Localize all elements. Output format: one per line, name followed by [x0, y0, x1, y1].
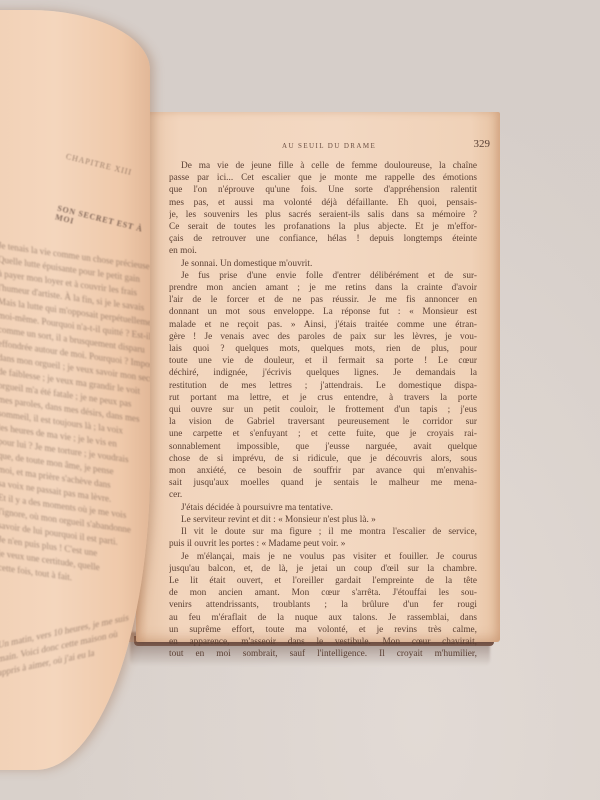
text-line: Je fus prise d'une envie folle d'entrer …: [169, 270, 477, 282]
text-line: lais quoi ? quelques mots, quelques mots…: [169, 343, 477, 355]
text-line: De ma vie de jeune fille à celle de femm…: [169, 160, 477, 172]
page-number: 329: [474, 138, 491, 150]
text-line: toute une vie de douleur, et il fermait …: [169, 355, 477, 367]
text-line: Le lit était ouvert, et l'oreiller garda…: [169, 575, 477, 587]
text-line: une carpette et s'enfuyant ; et cette fu…: [169, 428, 477, 440]
left-body-text: Je tenais la vie comme un chose précieus…: [0, 238, 150, 598]
text-line: l'air de le forcer et de ne pas réussir.…: [169, 294, 477, 306]
chapter-heading: SON SECRET EST À MOI: [54, 204, 150, 244]
text-line: donnant un mot sous enveloppe. La répons…: [169, 306, 477, 318]
chapter-label: CHAPITRE XIII: [65, 152, 133, 177]
text-line: mes pas, et aussi ma volonté déjà défail…: [169, 197, 477, 209]
running-head: AU SEUIL DU DRAME 329: [136, 142, 500, 156]
text-line: qui ouvre sur un petit couloir, le frott…: [169, 404, 477, 416]
text-line: Le serviteur revint et dit : « Monsieur …: [169, 514, 477, 526]
right-page: AU SEUIL DU DRAME 329 De ma vie de jeune…: [136, 112, 500, 642]
text-line: malade et ne reçoit pas. » Ainsi, j'étai…: [169, 319, 477, 331]
text-line: Ce serait de toutes les profanations la …: [169, 221, 477, 233]
body-text: De ma vie de jeune fille à celle de femm…: [169, 160, 477, 660]
text-line: au feu m'éraflait de la nuque aux talons…: [169, 612, 477, 624]
text-line: chose de si imprévu, de si ridicule, que…: [169, 453, 477, 465]
text-line: un suprême effort, toute ma volonté, et …: [169, 624, 477, 636]
text-line: mon anxiété, ce besoin de souffrir par a…: [169, 465, 477, 477]
text-line: la vision de Gabriel traversant peureuse…: [169, 416, 477, 428]
text-line: puis il ouvrit les portes : « Madame peu…: [169, 538, 477, 550]
text-line: sait jusqu'aux moelles quand je sentais …: [169, 477, 477, 489]
text-line: en moi.: [169, 245, 477, 257]
text-line: de mon ancien amant. Mon cœur s'arrêta. …: [169, 587, 477, 599]
text-line: que l'on n'éprouve qu'une fois. Une sort…: [169, 184, 477, 196]
text-line: passe par ici... Cet escalier que je mon…: [169, 172, 477, 184]
text-line: prendre mon ancien amant ; je me retins …: [169, 282, 477, 294]
text-line: çais de retrouver une confiance, hélas !…: [169, 233, 477, 245]
text-line: déchiré, indignée, j'écrivis quelques li…: [169, 367, 477, 379]
text-line: cer.: [169, 489, 477, 501]
text-line: je, les souvenirs les plus sacrés seraie…: [169, 209, 477, 221]
text-line: Il vit le doute sur ma figure ; il me mo…: [169, 526, 477, 538]
text-line: en apparence, m'asseoir dans le vestibul…: [169, 636, 477, 648]
text-line: Je sonnai. Un domestique m'ouvrit.: [169, 258, 477, 270]
text-line: tout en moi sombrait, sauf l'intelligenc…: [169, 648, 477, 660]
text-line: Je m'élançai, mais je ne voulus pas visi…: [169, 551, 477, 563]
text-line: J'étais décidée à poursuivre ma tentativ…: [169, 502, 477, 514]
text-line: gère ! Je venais avec des paroles de pai…: [169, 331, 477, 343]
book-photo-scene: AU SEUIL DU DRAME 329 De ma vie de jeune…: [0, 0, 600, 800]
text-line: rut portant ma lettre, et je crus entend…: [169, 392, 477, 404]
text-line: venirs attendrissants, troublants ; la b…: [169, 599, 477, 611]
text-line: restitution de mes lettres ; j'attendrai…: [169, 380, 477, 392]
text-line: jusqu'au balcon, et, de là, je jetai un …: [169, 563, 477, 575]
text-line: sonnablement impossible, que j'eusse nar…: [169, 441, 477, 453]
running-title: AU SEUIL DU DRAME: [282, 142, 376, 150]
